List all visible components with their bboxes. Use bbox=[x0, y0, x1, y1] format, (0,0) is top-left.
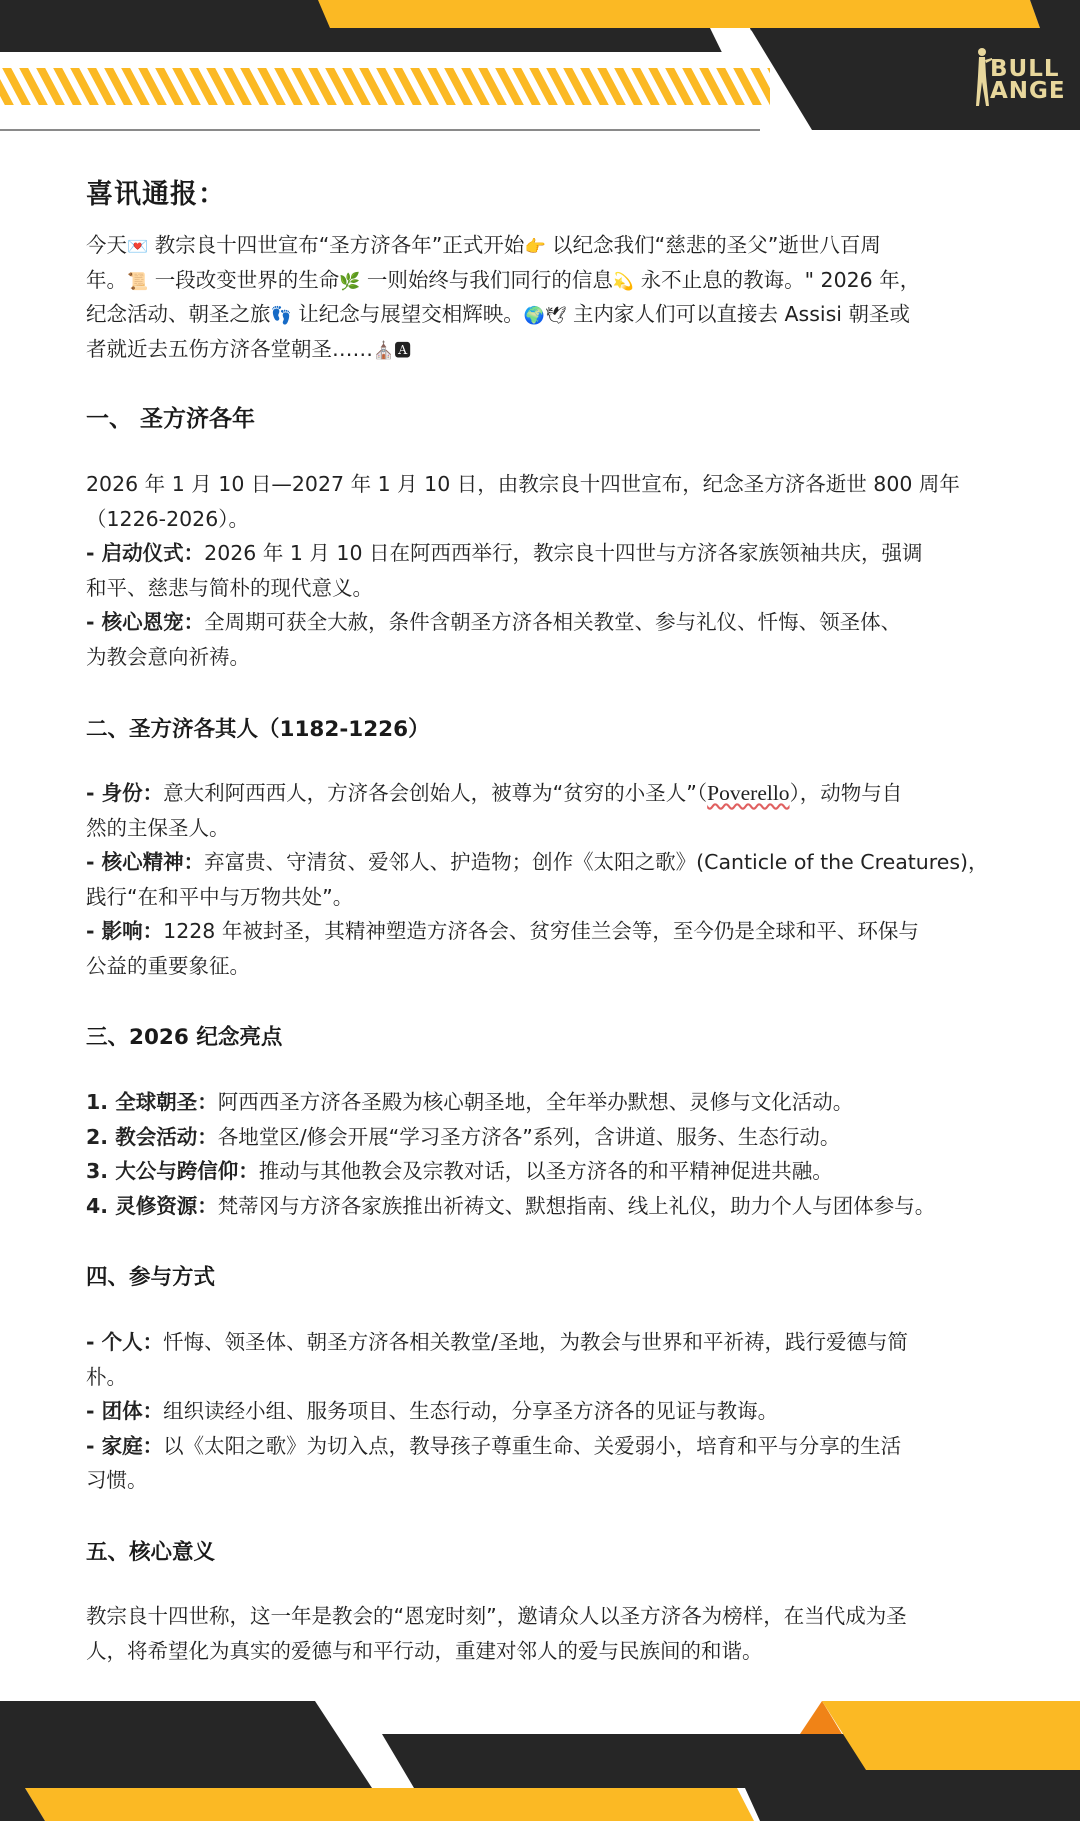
section-3-body: 1. 全球朝圣：阿西西圣方济各圣殿为核心朝圣地，全年举办默想、灵修与文化活动。 … bbox=[86, 1085, 1016, 1223]
section-2-line: - 核心精神：弃富贵、守清贫、爱邻人、护造物；创作《太阳之歌》(Canticle… bbox=[86, 845, 1016, 880]
dove-icon: 🕊 bbox=[545, 308, 567, 325]
intro-line-1: 今天💌 教宗良十四世宣布“圣方济各年”正式开始👉 以纪念我们“慈悲的圣父”逝世八… bbox=[86, 228, 1016, 263]
dizzy-star-icon: 💫 bbox=[613, 274, 634, 291]
footer-graphic bbox=[0, 1681, 1080, 1821]
section-4-line: 习惯。 bbox=[86, 1463, 1016, 1498]
section-5-body: 教宗良十四世称，这一年是教会的“恩宠时刻”，邀请众人以圣方济各为榜样，在当代成为… bbox=[86, 1599, 1016, 1668]
section-1-line: 和平、慈悲与简朴的现代意义。 bbox=[86, 571, 1016, 606]
section-1-line: - 核心恩宠：全周期可获全大赦，条件含朝圣方济各相关教堂、参与礼仪、忏悔、领圣体… bbox=[86, 605, 1016, 640]
section-1-line: 为教会意向祈祷。 bbox=[86, 640, 1016, 675]
logo-text-line2: ANGE bbox=[990, 80, 1066, 102]
globe-icon: 🌍 bbox=[524, 308, 545, 325]
church-icon: ⛪ bbox=[373, 343, 394, 360]
intro-paragraph: 今天💌 教宗良十四世宣布“圣方济各年”正式开始👉 以纪念我们“慈悲的圣父”逝世八… bbox=[86, 228, 1016, 366]
highlight-item: 1. 全球朝圣：阿西西圣方济各圣殿为核心朝圣地，全年举办默想、灵修与文化活动。 bbox=[86, 1085, 1016, 1120]
section-2-body: - 身份：意大利阿西西人，方济各会创始人，被尊为“贫穷的小圣人”（Poverel… bbox=[86, 776, 1016, 983]
footer-banner bbox=[0, 1681, 1080, 1821]
page-title: 喜讯通报： bbox=[86, 172, 226, 211]
intro-line-3: 纪念活动、朝圣之旅👣 让纪念与展望交相辉映。🌍🕊 主内家人们可以直接去 Assi… bbox=[86, 297, 1016, 332]
pointing-hand-icon: 👉 bbox=[524, 239, 545, 256]
section-1-heading: 一、 圣方济各年 bbox=[86, 400, 255, 433]
header-graphic bbox=[0, 0, 1080, 140]
section-5-line: 人，将希望化为真实的爱德与和平行动，重建对邻人的爱与民族间的和谐。 bbox=[86, 1634, 1016, 1669]
section-1-body: 2026 年 1 月 10 日—2027 年 1 月 10 日，由教宗良十四世宣… bbox=[86, 467, 1016, 674]
poverello-term: Poverello bbox=[707, 781, 789, 805]
logo-text-line1: BULL bbox=[990, 58, 1060, 80]
section-1-line: （1226-2026）。 bbox=[86, 502, 1016, 537]
section-4-line: - 个人：忏悔、领圣体、朝圣方济各相关教堂/圣地，为教会与世界和平祈祷，践行爱德… bbox=[86, 1325, 1016, 1360]
love-letter-icon: 💌 bbox=[127, 239, 148, 256]
section-2-line: 然的主保圣人。 bbox=[86, 811, 1016, 846]
bull-angel-logo: BULL ANGE bbox=[972, 46, 1080, 110]
herb-icon: 🌿 bbox=[339, 274, 360, 291]
section-2-line: 公益的重要象征。 bbox=[86, 949, 1016, 984]
highlight-item: 2. 教会活动：各地堂区/修会开展“学习圣方济各”系列，含讲道、服务、生态行动。 bbox=[86, 1120, 1016, 1155]
intro-line-2: 年。📜 一段改变世界的生命🌿 一则始终与我们同行的信息💫 永不止息的教诲。" 2… bbox=[86, 263, 1016, 298]
section-4-line: - 家庭：以《太阳之歌》为切入点，教导孩子尊重生命、关爱弱小，培育和平与分享的生… bbox=[86, 1429, 1016, 1464]
section-2-line: - 身份：意大利阿西西人，方济各会创始人，被尊为“贫穷的小圣人”（Poverel… bbox=[86, 776, 1016, 811]
intro-line-4: 者就近去五伤方济各堂朝圣……⛪🅰 bbox=[86, 332, 1016, 367]
section-4-line: 朴。 bbox=[86, 1360, 1016, 1395]
section-4-heading: 四、参与方式 bbox=[86, 1260, 215, 1291]
figure-silhouette-icon bbox=[972, 46, 992, 108]
highlight-item: 4. 灵修资源：梵蒂冈与方济各家族推出祈祷文、默想指南、线上礼仪，助力个人与团体… bbox=[86, 1189, 1016, 1224]
section-3-heading: 三、2026 纪念亮点 bbox=[86, 1020, 282, 1051]
section-4-body: - 个人：忏悔、领圣体、朝圣方济各相关教堂/圣地，为教会与世界和平祈祷，践行爱德… bbox=[86, 1325, 1016, 1498]
highlight-item: 3. 大公与跨信仰：推动与其他教会及宗教对话，以圣方济各的和平精神促进共融。 bbox=[86, 1154, 1016, 1189]
section-5-heading: 五、核心意义 bbox=[86, 1535, 215, 1566]
scroll-icon: 📜 bbox=[127, 274, 148, 291]
section-2-line: - 影响：1228 年被封圣，其精神塑造方济各会、贫穷佳兰会等，至今仍是全球和平… bbox=[86, 914, 1016, 949]
letter-a-icon: 🅰 bbox=[394, 343, 411, 360]
section-4-line: - 团体：组织读经小组、服务项目、生态行动，分享圣方济各的见证与教诲。 bbox=[86, 1394, 1016, 1429]
section-1-line: 2026 年 1 月 10 日—2027 年 1 月 10 日，由教宗良十四世宣… bbox=[86, 467, 1016, 502]
section-2-line: 践行“在和平中与万物共处”。 bbox=[86, 880, 1016, 915]
section-5-line: 教宗良十四世称，这一年是教会的“恩宠时刻”，邀请众人以圣方济各为榜样，在当代成为… bbox=[86, 1599, 1016, 1634]
section-2-heading: 二、圣方济各其人（1182-1226） bbox=[86, 712, 430, 743]
section-1-line: - 启动仪式：2026 年 1 月 10 日在阿西西举行，教宗良十四世与方济各家… bbox=[86, 536, 1016, 571]
header-banner: BULL ANGE bbox=[0, 0, 1080, 140]
footprints-icon: 👣 bbox=[271, 308, 292, 325]
